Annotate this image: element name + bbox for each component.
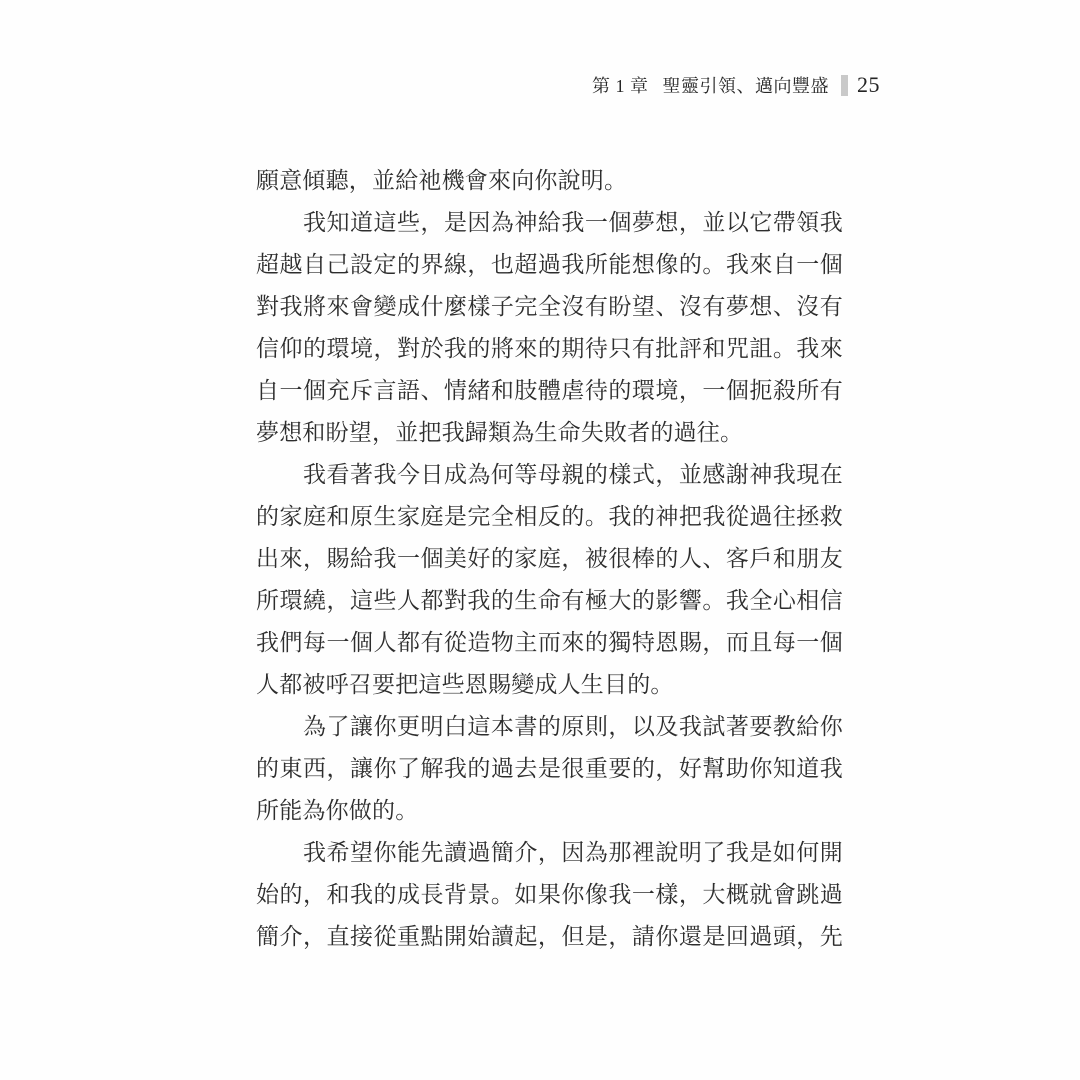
text-line: 為了讓你更明白這本書的原則，以及我試著要教給你 [256,706,843,748]
book-page: 第 1 章 聖靈引領、邁向豐盛 25 願意傾聽，並給祂機會來向你說明。 我知道這… [0,0,1080,1080]
text-line: 對我將來會變成什麼樣子完全沒有盼望、沒有夢想、沒有 [256,286,843,328]
running-header: 第 1 章 聖靈引領、邁向豐盛 25 [592,72,880,98]
header-separator-bar [841,75,848,96]
text-line: 人都被呼召要把這些恩賜變成人生目的。 [256,664,843,706]
text-line: 我們每一個人都有從造物主而來的獨特恩賜，而且每一個 [256,622,843,664]
text-line: 的東西，讓你了解我的過去是很重要的，好幫助你知道我 [256,748,843,790]
body-text: 願意傾聽，並給祂機會來向你說明。 我知道這些，是因為神給我一個夢想，並以它帶領我… [256,160,843,958]
chapter-title: 聖靈引領、邁向豐盛 [663,72,830,98]
text-line: 願意傾聽，並給祂機會來向你說明。 [256,160,843,202]
text-line: 始的，和我的成長背景。如果你像我一樣，大概就會跳過 [256,874,843,916]
text-line: 出來，賜給我一個美好的家庭，被很棒的人、客戶和朋友 [256,538,843,580]
text-line: 超越自己設定的界線，也超過我所能想像的。我來自一個 [256,244,843,286]
text-line: 自一個充斥言語、情緒和肢體虐待的環境，一個扼殺所有 [256,370,843,412]
text-line: 我希望你能先讀過簡介，因為那裡說明了我是如何開 [256,832,843,874]
text-line: 我知道這些，是因為神給我一個夢想，並以它帶領我 [256,202,843,244]
text-line: 的家庭和原生家庭是完全相反的。我的神把我從過往拯救 [256,496,843,538]
page-number: 25 [857,72,880,98]
text-line: 所環繞，這些人都對我的生命有極大的影響。我全心相信 [256,580,843,622]
text-line: 所能為你做的。 [256,790,843,832]
text-line: 簡介，直接從重點開始讀起，但是，請你還是回過頭，先 [256,916,843,958]
text-line: 我看著我今日成為何等母親的樣式，並感謝神我現在 [256,454,843,496]
chapter-label: 第 1 章 [592,72,649,98]
text-line: 夢想和盼望，並把我歸類為生命失敗者的過往。 [256,412,843,454]
text-line: 信仰的環境，對於我的將來的期待只有批評和咒詛。我來 [256,328,843,370]
